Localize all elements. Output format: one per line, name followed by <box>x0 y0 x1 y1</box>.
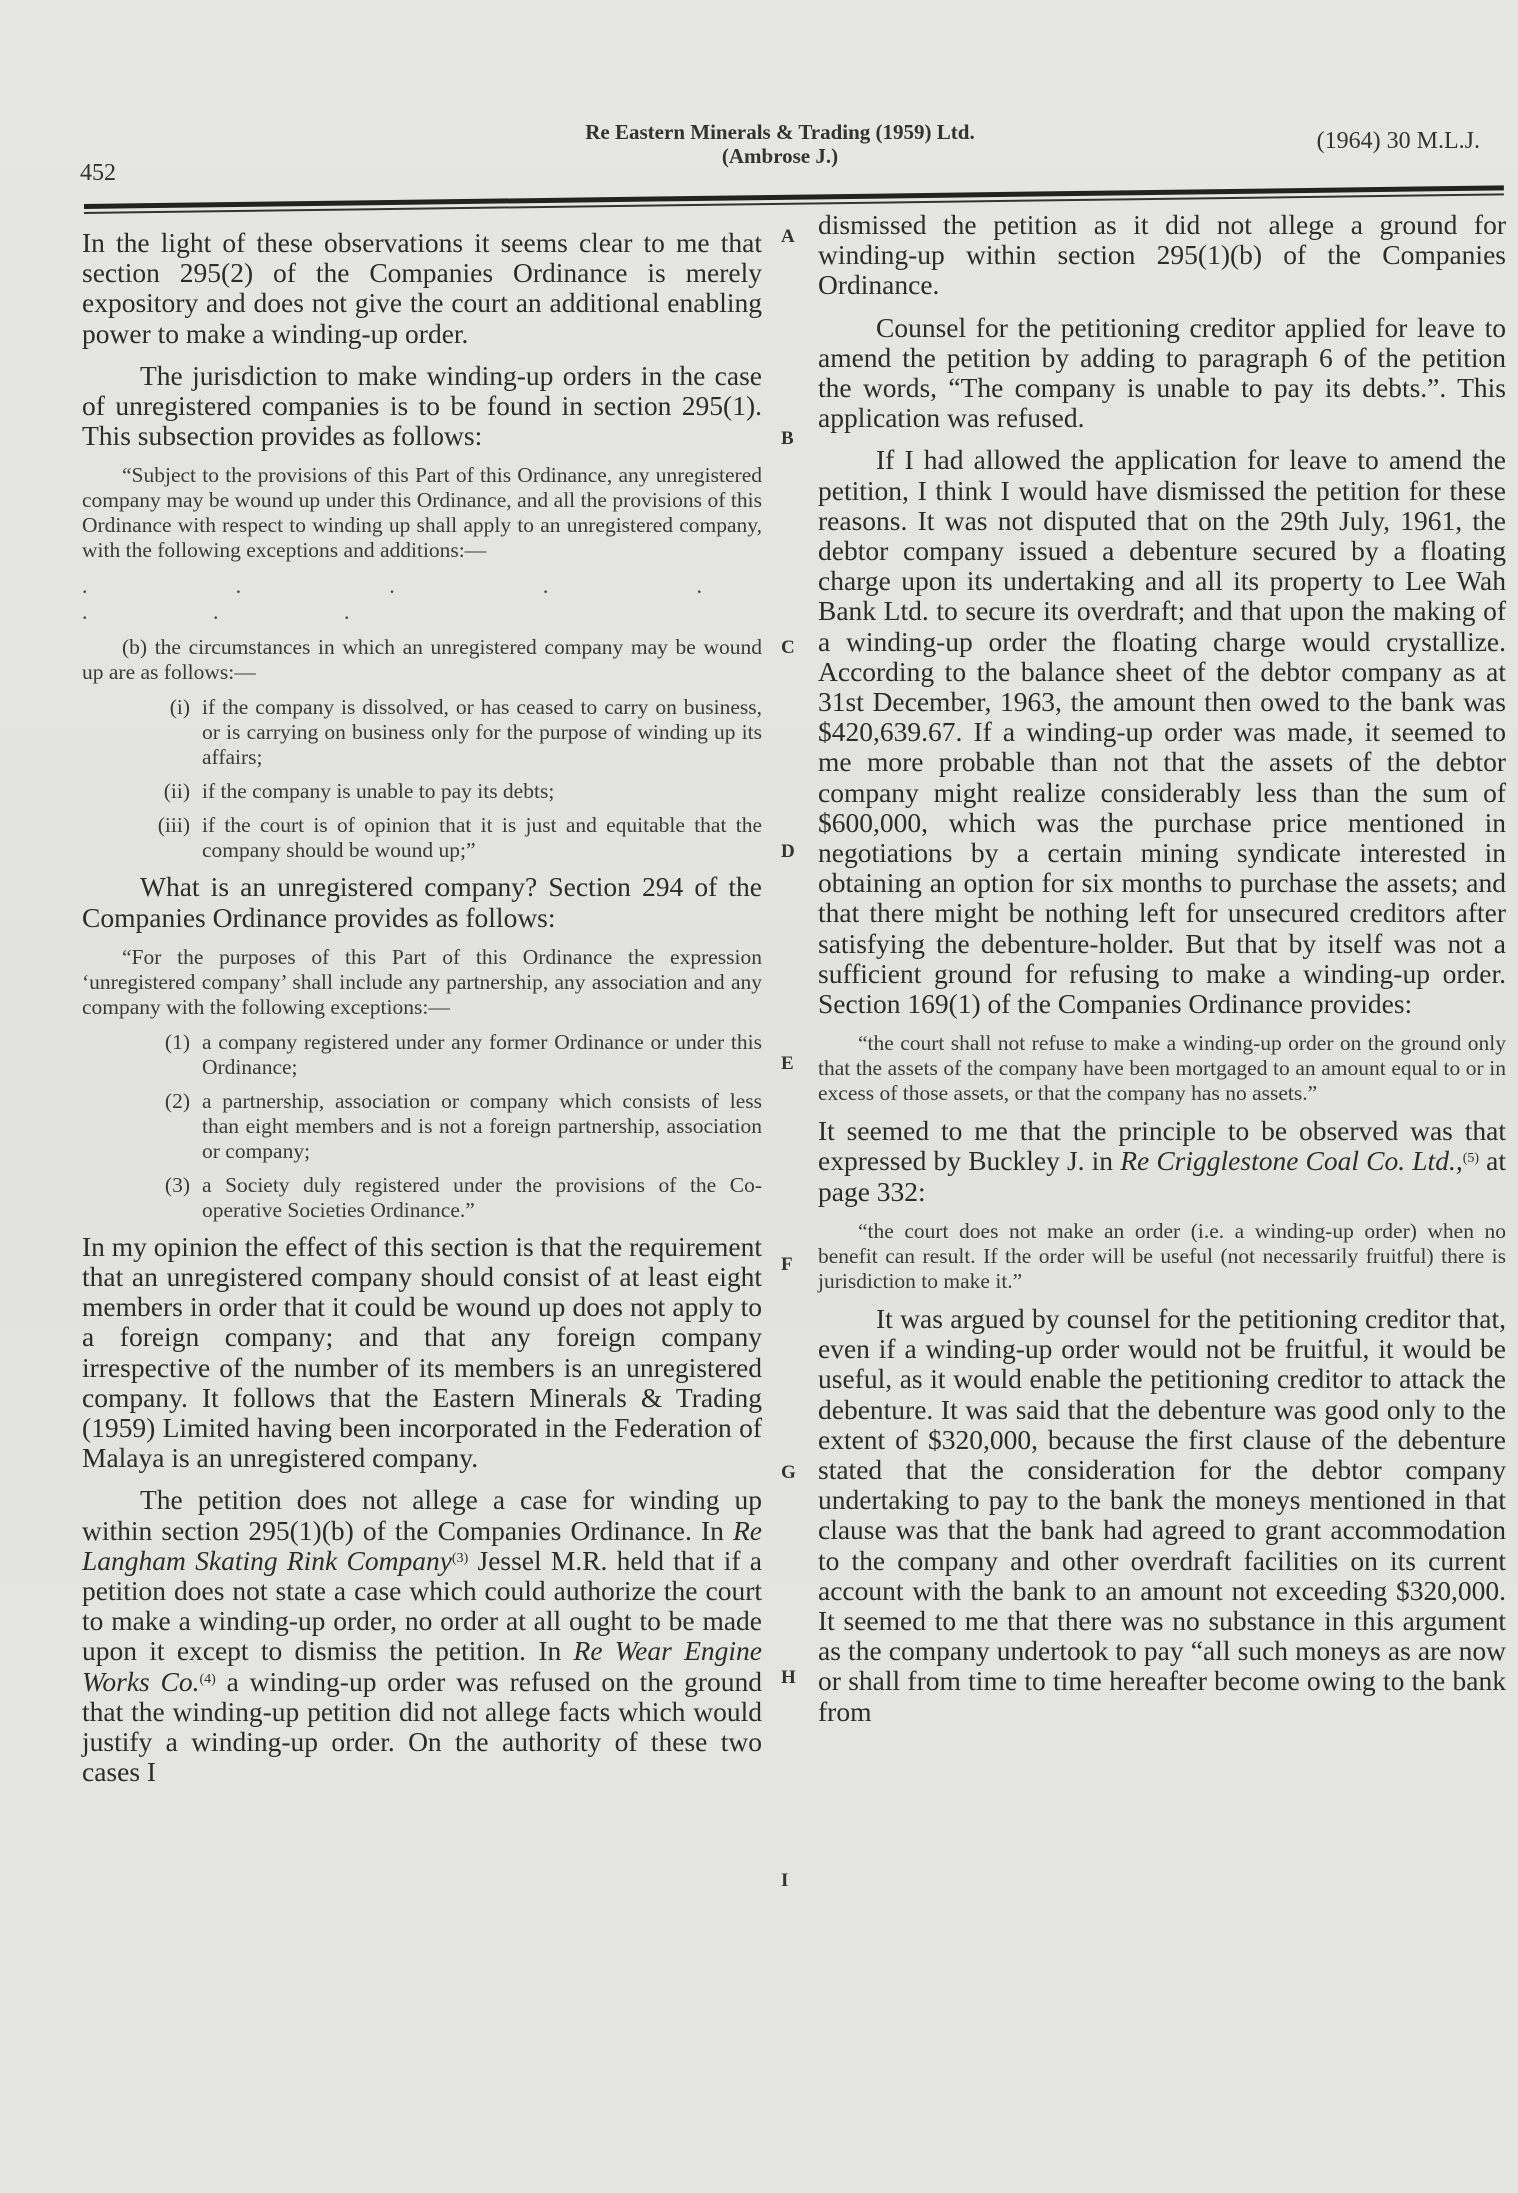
list-number: (ii) <box>126 779 202 804</box>
margin-letter-b: B <box>781 428 794 450</box>
list-text: if the company is dissolved, or has ceas… <box>202 695 762 770</box>
statute-quote-subsection: (b) the circumstances in which an unregi… <box>82 635 762 685</box>
statute-list-item: (2) a partnership, association or compan… <box>82 1089 762 1164</box>
footnote-ref: (5) <box>1463 1151 1479 1166</box>
page-number: 452 <box>80 160 116 187</box>
statute-list-item: (3) a Society duly registered under the … <box>82 1173 762 1223</box>
margin-letter-c: C <box>781 637 795 659</box>
statute-quote: “For the purposes of this Part of this O… <box>82 945 762 1020</box>
list-number: (3) <box>126 1173 202 1223</box>
paragraph: If I had allowed the application for lea… <box>818 445 1506 1019</box>
paragraph: Counsel for the petitioning creditor app… <box>818 313 1506 434</box>
margin-letter-e: E <box>781 1053 794 1075</box>
footnote-ref: (3) <box>452 1551 468 1566</box>
list-number: (2) <box>126 1089 202 1164</box>
margin-letter-g: G <box>781 1462 796 1484</box>
margin-letter-a: A <box>781 226 795 248</box>
left-column: In the light of these observations it se… <box>82 228 762 1799</box>
list-number: (1) <box>126 1030 202 1080</box>
paragraph: The petition does not allege a case for … <box>82 1485 762 1787</box>
paragraph: In my opinion the effect of this section… <box>82 1232 762 1474</box>
paragraph: It seemed to me that the principle to be… <box>818 1116 1506 1207</box>
statute-list-item: (ii) if the company is unable to pay its… <box>82 779 762 804</box>
statute-list-item: (1) a company registered under any forme… <box>82 1030 762 1080</box>
paragraph: dismissed the petition as it did not all… <box>818 210 1506 301</box>
statute-list-item: (i) if the company is dissolved, or has … <box>82 695 762 770</box>
footnote-ref: (4) <box>200 1672 216 1687</box>
statute-list-item: (iii) if the court is of opinion that it… <box>82 813 762 863</box>
running-title: Re Eastern Minerals & Trading (1959) Ltd… <box>480 120 1080 168</box>
report-citation: (1964) 30 M.L.J. <box>1317 128 1480 155</box>
margin-letter-f: F <box>781 1254 793 1276</box>
running-title-case: Re Eastern Minerals & Trading (1959) Ltd… <box>480 120 1080 144</box>
margin-letter-h: H <box>781 1667 796 1689</box>
ellipsis-omission: . . . . . . . . <box>82 573 762 625</box>
statute-quote: “Subject to the provisions of this Part … <box>82 463 762 563</box>
case-name: Re Crigglestone Coal Co. Ltd., <box>1120 1145 1463 1176</box>
list-number: (i) <box>126 695 202 770</box>
margin-letter-d: D <box>781 841 795 863</box>
paragraph: What is an unregistered company? Section… <box>82 872 762 932</box>
right-column: dismissed the petition as it did not all… <box>818 210 1506 1739</box>
list-text: if the company is unable to pay its debt… <box>202 779 762 804</box>
list-text: a company registered under any former Or… <box>202 1030 762 1080</box>
list-number: (iii) <box>126 813 202 863</box>
paragraph: The jurisdiction to make winding-up orde… <box>82 361 762 452</box>
paragraph: In the light of these observations it se… <box>82 228 762 349</box>
statute-quote: “the court shall not refuse to make a wi… <box>818 1031 1506 1106</box>
running-title-judge: (Ambrose J.) <box>480 144 1080 168</box>
text-run: The petition does not allege a case for … <box>82 1484 762 1545</box>
list-text: a partnership, association or company wh… <box>202 1089 762 1164</box>
paragraph: It was argued by counsel for the petitio… <box>818 1304 1506 1727</box>
page-header: 452 Re Eastern Minerals & Trading (1959)… <box>0 0 1518 215</box>
list-text: if the court is of opinion that it is ju… <box>202 813 762 863</box>
margin-letter-i: I <box>781 1870 788 1892</box>
judicial-quote: “the court does not make an order (i.e. … <box>818 1219 1506 1294</box>
list-text: a Society duly registered under the prov… <box>202 1173 762 1223</box>
